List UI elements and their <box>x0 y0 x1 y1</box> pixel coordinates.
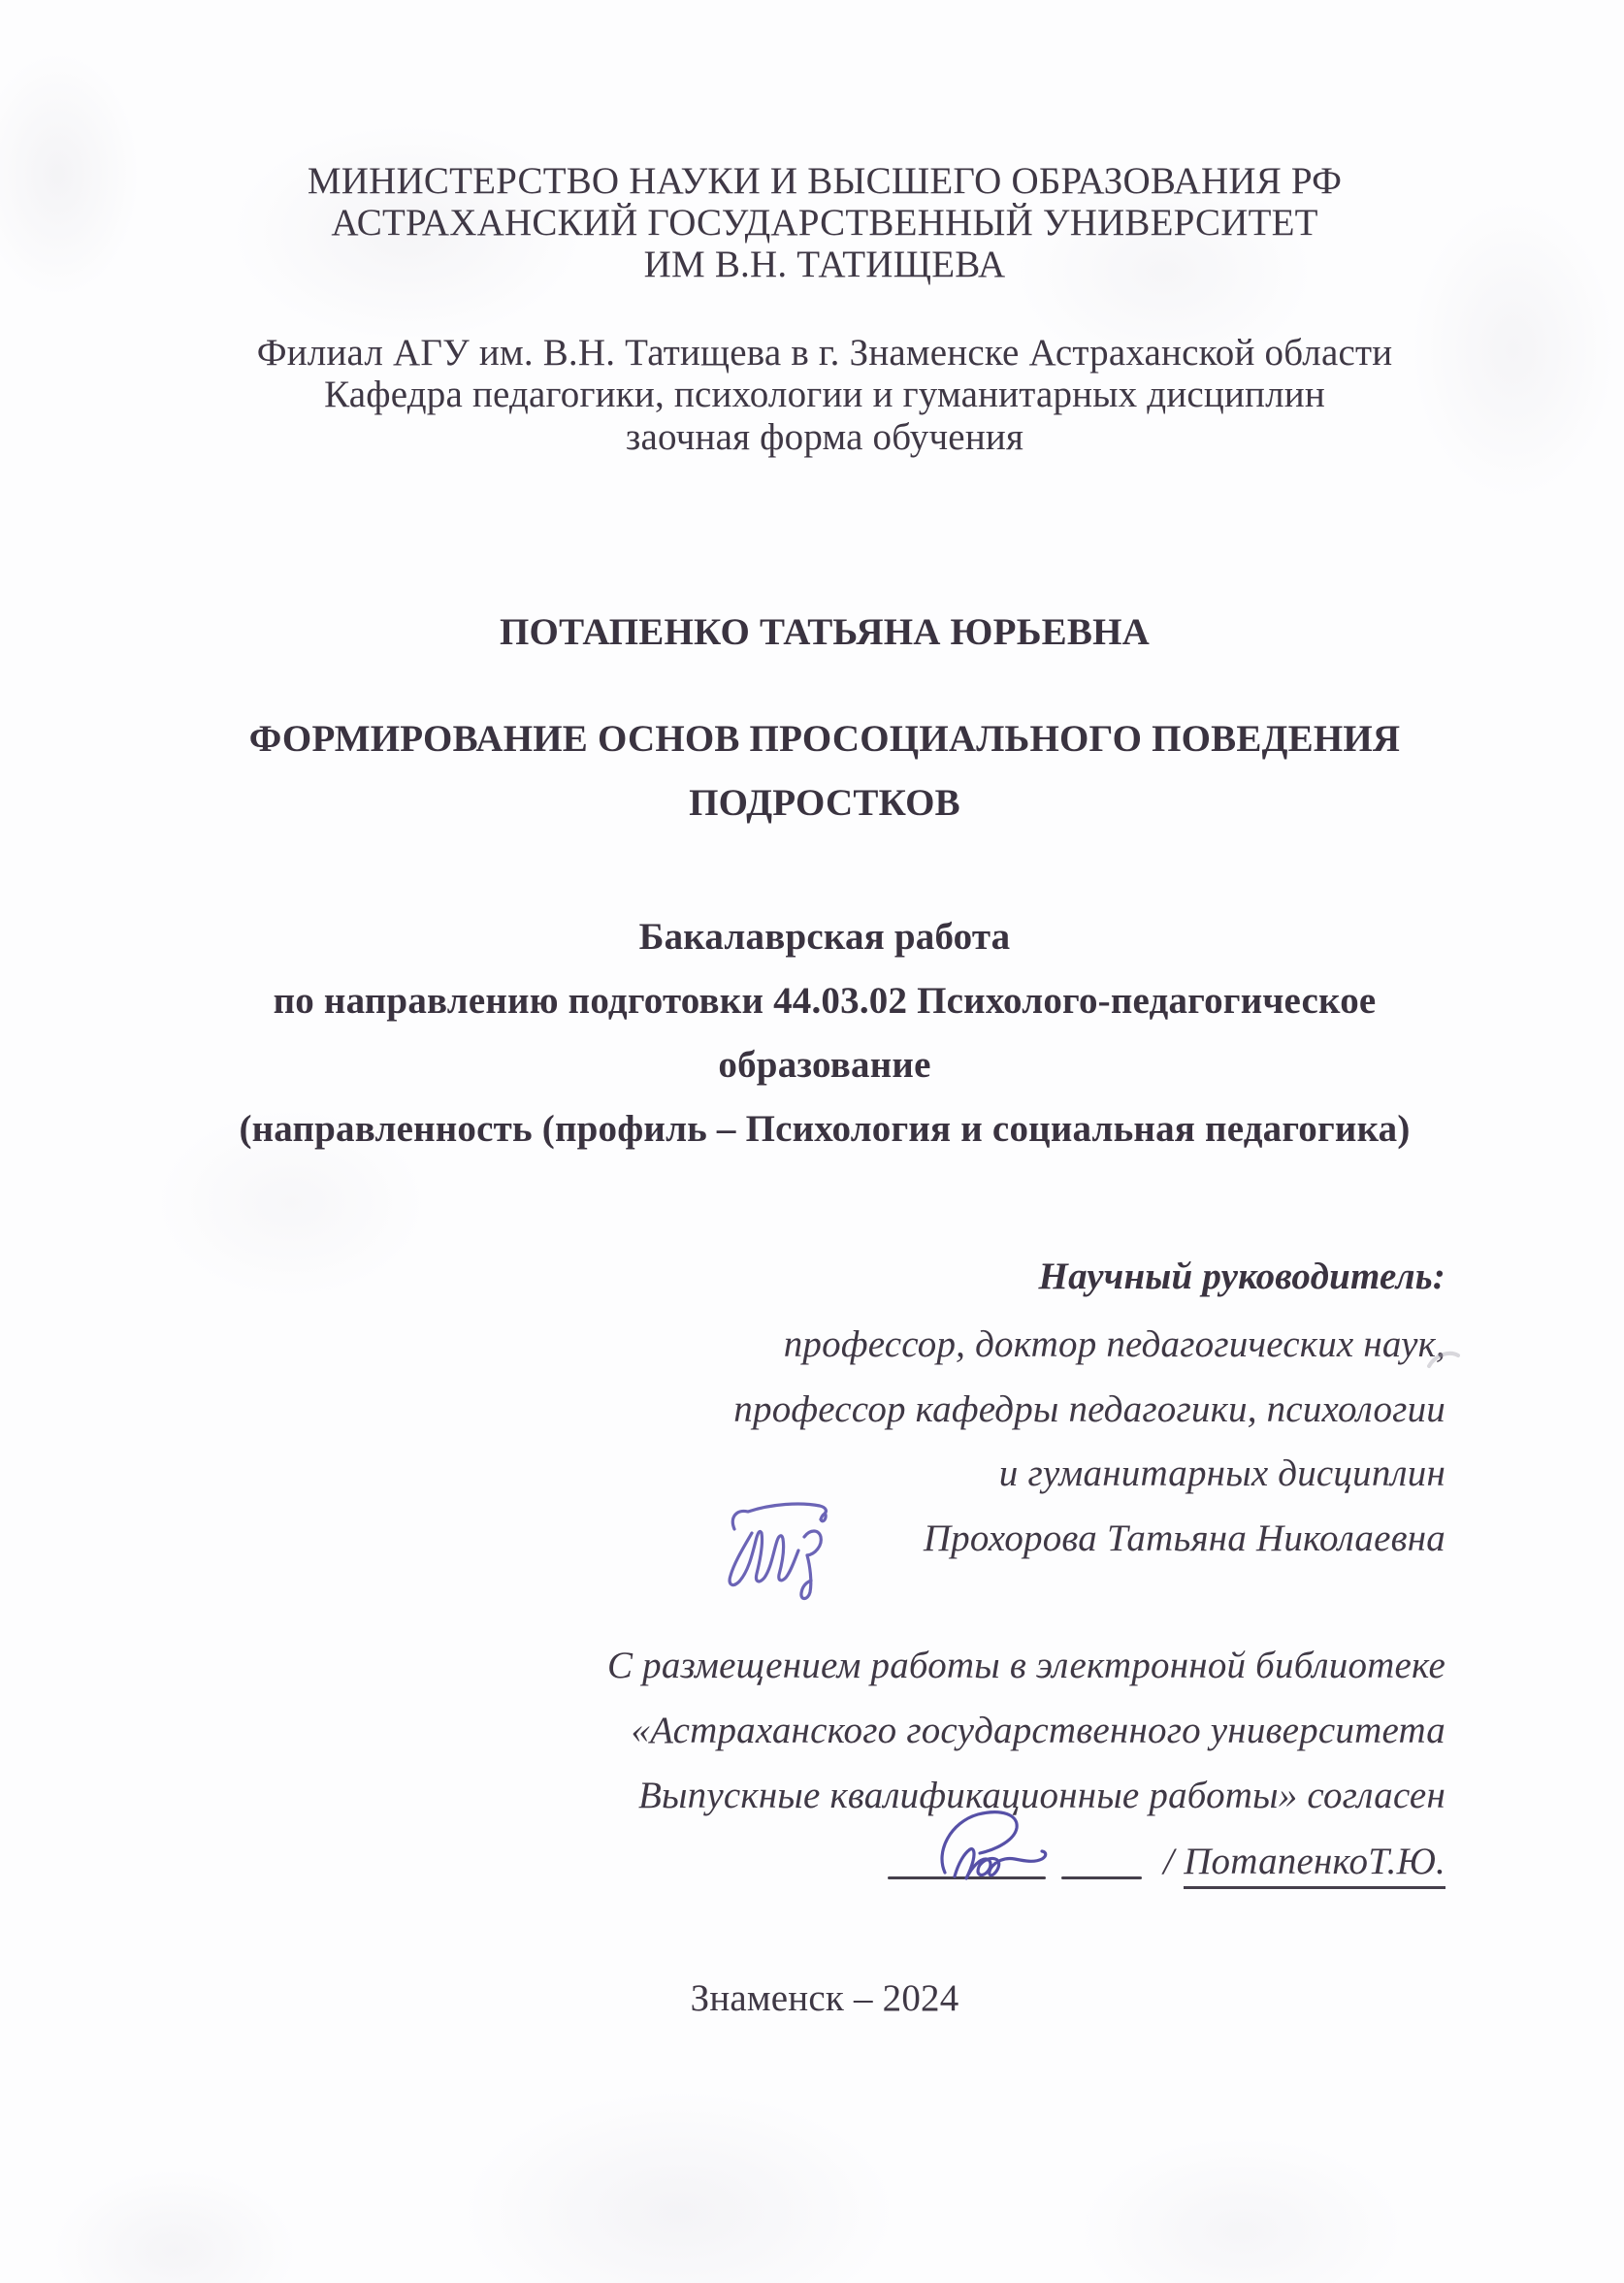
supervisor-signature <box>723 1490 849 1605</box>
work-type: Бакалаврская работа <box>25 918 1624 956</box>
agreement-line1: С размещением работы в электронной библи… <box>0 1647 1445 1684</box>
profile-line: (направленность (профиль – Психология и … <box>25 1110 1624 1148</box>
signed-name: ПотапенкоТ.Ю. <box>1184 1841 1445 1889</box>
city-year: Знаменск – 2024 <box>25 1979 1624 2017</box>
university-line: АСТРАХАНСКИЙ ГОСУДАРСТВЕННЫЙ УНИВЕРСИТЕТ <box>25 204 1624 242</box>
thesis-title-page: МИНИСТЕРСТВО НАУКИ И ВЫСШЕГО ОБРАЗОВАНИЯ… <box>0 0 1624 2283</box>
agreement-line2: «Астраханского государственного универси… <box>0 1712 1445 1749</box>
signature-slash: / <box>1163 1841 1184 1882</box>
branch-line: Филиал АГУ им. В.Н. Татищева в г. Знамен… <box>25 334 1624 372</box>
supervisor-degree-line1: профессор, доктор педагогических наук, <box>0 1325 1445 1363</box>
department-line: Кафедра педагогики, психологии и гуманит… <box>25 375 1624 413</box>
thesis-title-line1: ФОРМИРОВАНИЕ ОСНОВ ПРОСОЦИАЛЬНОГО ПОВЕДЕ… <box>25 720 1624 758</box>
university-name-line: ИМ В.Н. ТАТИЩЕВА <box>25 245 1624 283</box>
ministry-line: МИНИСТЕРСТВО НАУКИ И ВЫСШЕГО ОБРАЗОВАНИЯ… <box>25 162 1624 200</box>
author-sign-row: /ПотапенкоТ.Ю. <box>0 1843 1445 1880</box>
author-name: ПОТАПЕНКО ТАТЬЯНА ЮРЬЕВНА <box>25 613 1624 651</box>
supervisor-degree-line2: профессор кафедры педагогики, психологии <box>0 1390 1445 1428</box>
program-line2: образование <box>25 1046 1624 1084</box>
supervisor-heading: Научный руководитель: <box>0 1257 1445 1295</box>
thesis-title-line2: ПОДРОСТКОВ <box>25 784 1624 822</box>
agreement-line3: Выпускные квалификационные работы» согла… <box>0 1777 1445 1814</box>
supervisor-degree-line3: и гуманитарных дисциплин <box>0 1454 1445 1492</box>
study-form-line: заочная форма обучения <box>25 418 1624 456</box>
program-line1: по направлению подготовки 44.03.02 Психо… <box>25 982 1624 1020</box>
scan-artifact <box>1426 1347 1461 1372</box>
